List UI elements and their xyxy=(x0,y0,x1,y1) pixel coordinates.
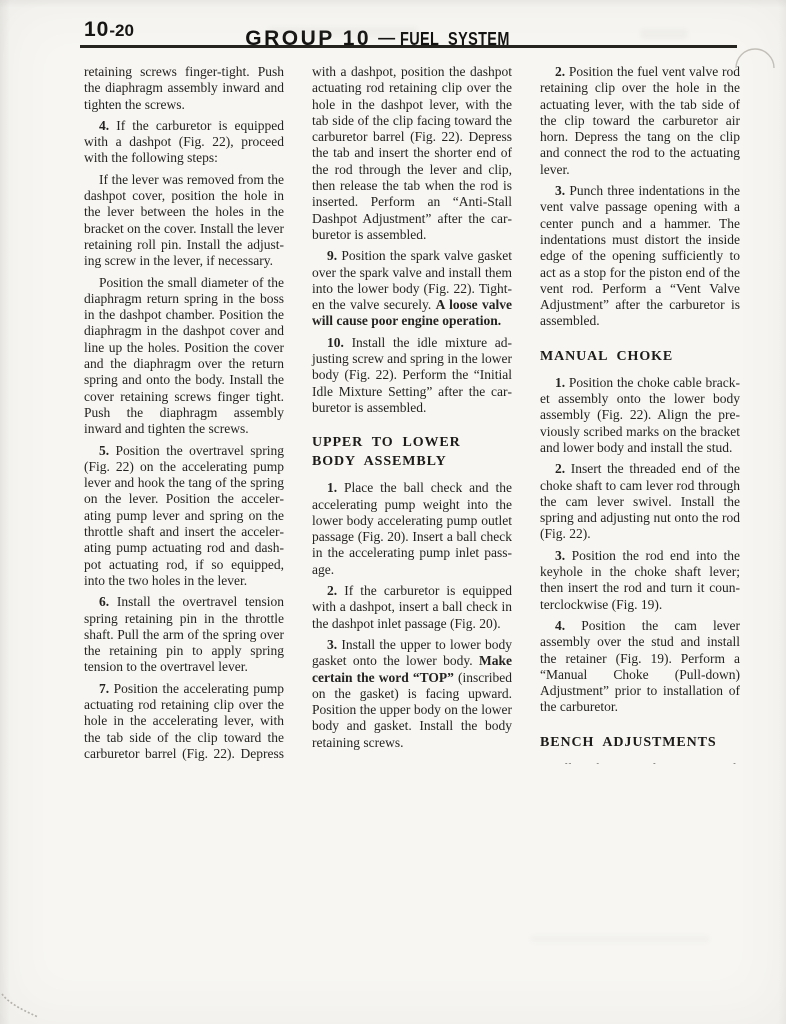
ink-bleed-through xyxy=(530,935,710,943)
step-paragraph: 5. Position the overtravel spring (Fig. … xyxy=(84,443,284,590)
paragraph: retaining screws finger-tight. Push the … xyxy=(84,64,284,113)
text-columns: retaining screws finger-tight. Push the … xyxy=(84,64,740,764)
step-paragraph: 1. Position the choke cable brack­et ass… xyxy=(540,375,740,456)
paragraph: If the lever was removed from the dashpo… xyxy=(84,172,284,270)
column-2: with a dashpot, position the dashpot act… xyxy=(312,64,512,764)
bold-text: 3. xyxy=(555,183,569,198)
body-text: Punch three indentations in the vent val… xyxy=(540,183,740,328)
ink-bleed-through xyxy=(640,29,688,39)
step-paragraph: 2. If the carburetor is equipped with a … xyxy=(312,583,512,632)
bold-text: 1. xyxy=(555,375,569,390)
bold-text: 1. xyxy=(327,480,344,495)
body-text: with a dashpot, position the dashpot act… xyxy=(312,64,512,242)
step-paragraph: 1. Place the ball check and the accelera… xyxy=(312,480,512,578)
bold-text: 2. xyxy=(327,583,344,598)
bold-text: 10. xyxy=(327,335,352,350)
section-heading: MANUAL CHOKE xyxy=(540,347,740,366)
paragraph: Position the small diameter of the diaph… xyxy=(84,275,284,438)
body-text: Position the accelerating pump actuating… xyxy=(84,681,284,764)
step-paragraph: 3. Position the rod end into the keyhole… xyxy=(540,548,740,613)
body-text: Position the overtravel spring (Fig. 22)… xyxy=(84,443,284,588)
bold-text: 2. xyxy=(555,64,569,79)
step-paragraph: 3. Punch three indentations in the vent … xyxy=(540,183,740,330)
body-text: Position the small diameter of the diaph… xyxy=(84,275,284,437)
step-paragraph: 3. Install the upper to lower body gaske… xyxy=(312,637,512,751)
step-paragraph: 9. Position the spark valve gasket over … xyxy=(312,248,512,329)
ink-bleed-through xyxy=(268,27,418,37)
body-text: retaining screws finger-tight. Push the … xyxy=(84,64,284,112)
scan-artifact-scribble-mark xyxy=(0,990,42,1020)
column-3: 2. Position the fuel vent valve rod reta… xyxy=(540,64,740,764)
step-paragraph: 4. If the carburetor is equipped with a … xyxy=(84,118,284,167)
scanned-manual-page: 10-20 GROUP 10—FUEL SYSTEM retaining scr… xyxy=(0,0,786,1024)
bold-text: 9. xyxy=(327,248,341,263)
step-paragraph: 6. Install the overtravel tension spring… xyxy=(84,594,284,675)
column-1: retaining screws finger-tight. Push the … xyxy=(84,64,284,764)
body-text: Position the choke cable brack­et assemb… xyxy=(540,375,740,455)
bold-text: 3. xyxy=(327,637,341,652)
body-text: Insert the threaded end of the choke sha… xyxy=(540,461,740,541)
header-rule xyxy=(80,45,737,48)
bold-text: 5. xyxy=(99,443,116,458)
bold-text: 3. xyxy=(555,548,572,563)
body-text: If the lever was removed from the dashpo… xyxy=(84,172,284,268)
section-heading: BENCH ADJUSTMENTS xyxy=(540,733,740,752)
bold-text: 4. xyxy=(99,118,116,133)
bold-text: 4. xyxy=(555,618,581,633)
step-paragraph: 10. Install the idle mixture ad­justing … xyxy=(312,335,512,416)
paragraph: with a dashpot, position the dashpot act… xyxy=(312,64,512,243)
step-paragraph: 4. Position the cam lever assembly over … xyxy=(540,618,740,716)
body-text: All carburetor adjustments with the exce… xyxy=(540,761,740,764)
bold-text: 6. xyxy=(99,594,117,609)
step-paragraph: 2. Position the fuel vent valve rod reta… xyxy=(540,64,740,178)
step-paragraph: 7. Position the accelerating pump actuat… xyxy=(84,681,284,764)
step-paragraph: 2. Insert the threaded end of the choke … xyxy=(540,461,740,542)
bold-text: 7. xyxy=(99,681,114,696)
body-text: Position the fuel vent valve rod retaini… xyxy=(540,64,740,177)
paragraph: All carburetor adjustments with the exce… xyxy=(540,761,740,764)
bold-text: 2. xyxy=(555,461,571,476)
section-heading: UPPER TO LOWER BODY ASSEMBLY xyxy=(312,433,512,471)
